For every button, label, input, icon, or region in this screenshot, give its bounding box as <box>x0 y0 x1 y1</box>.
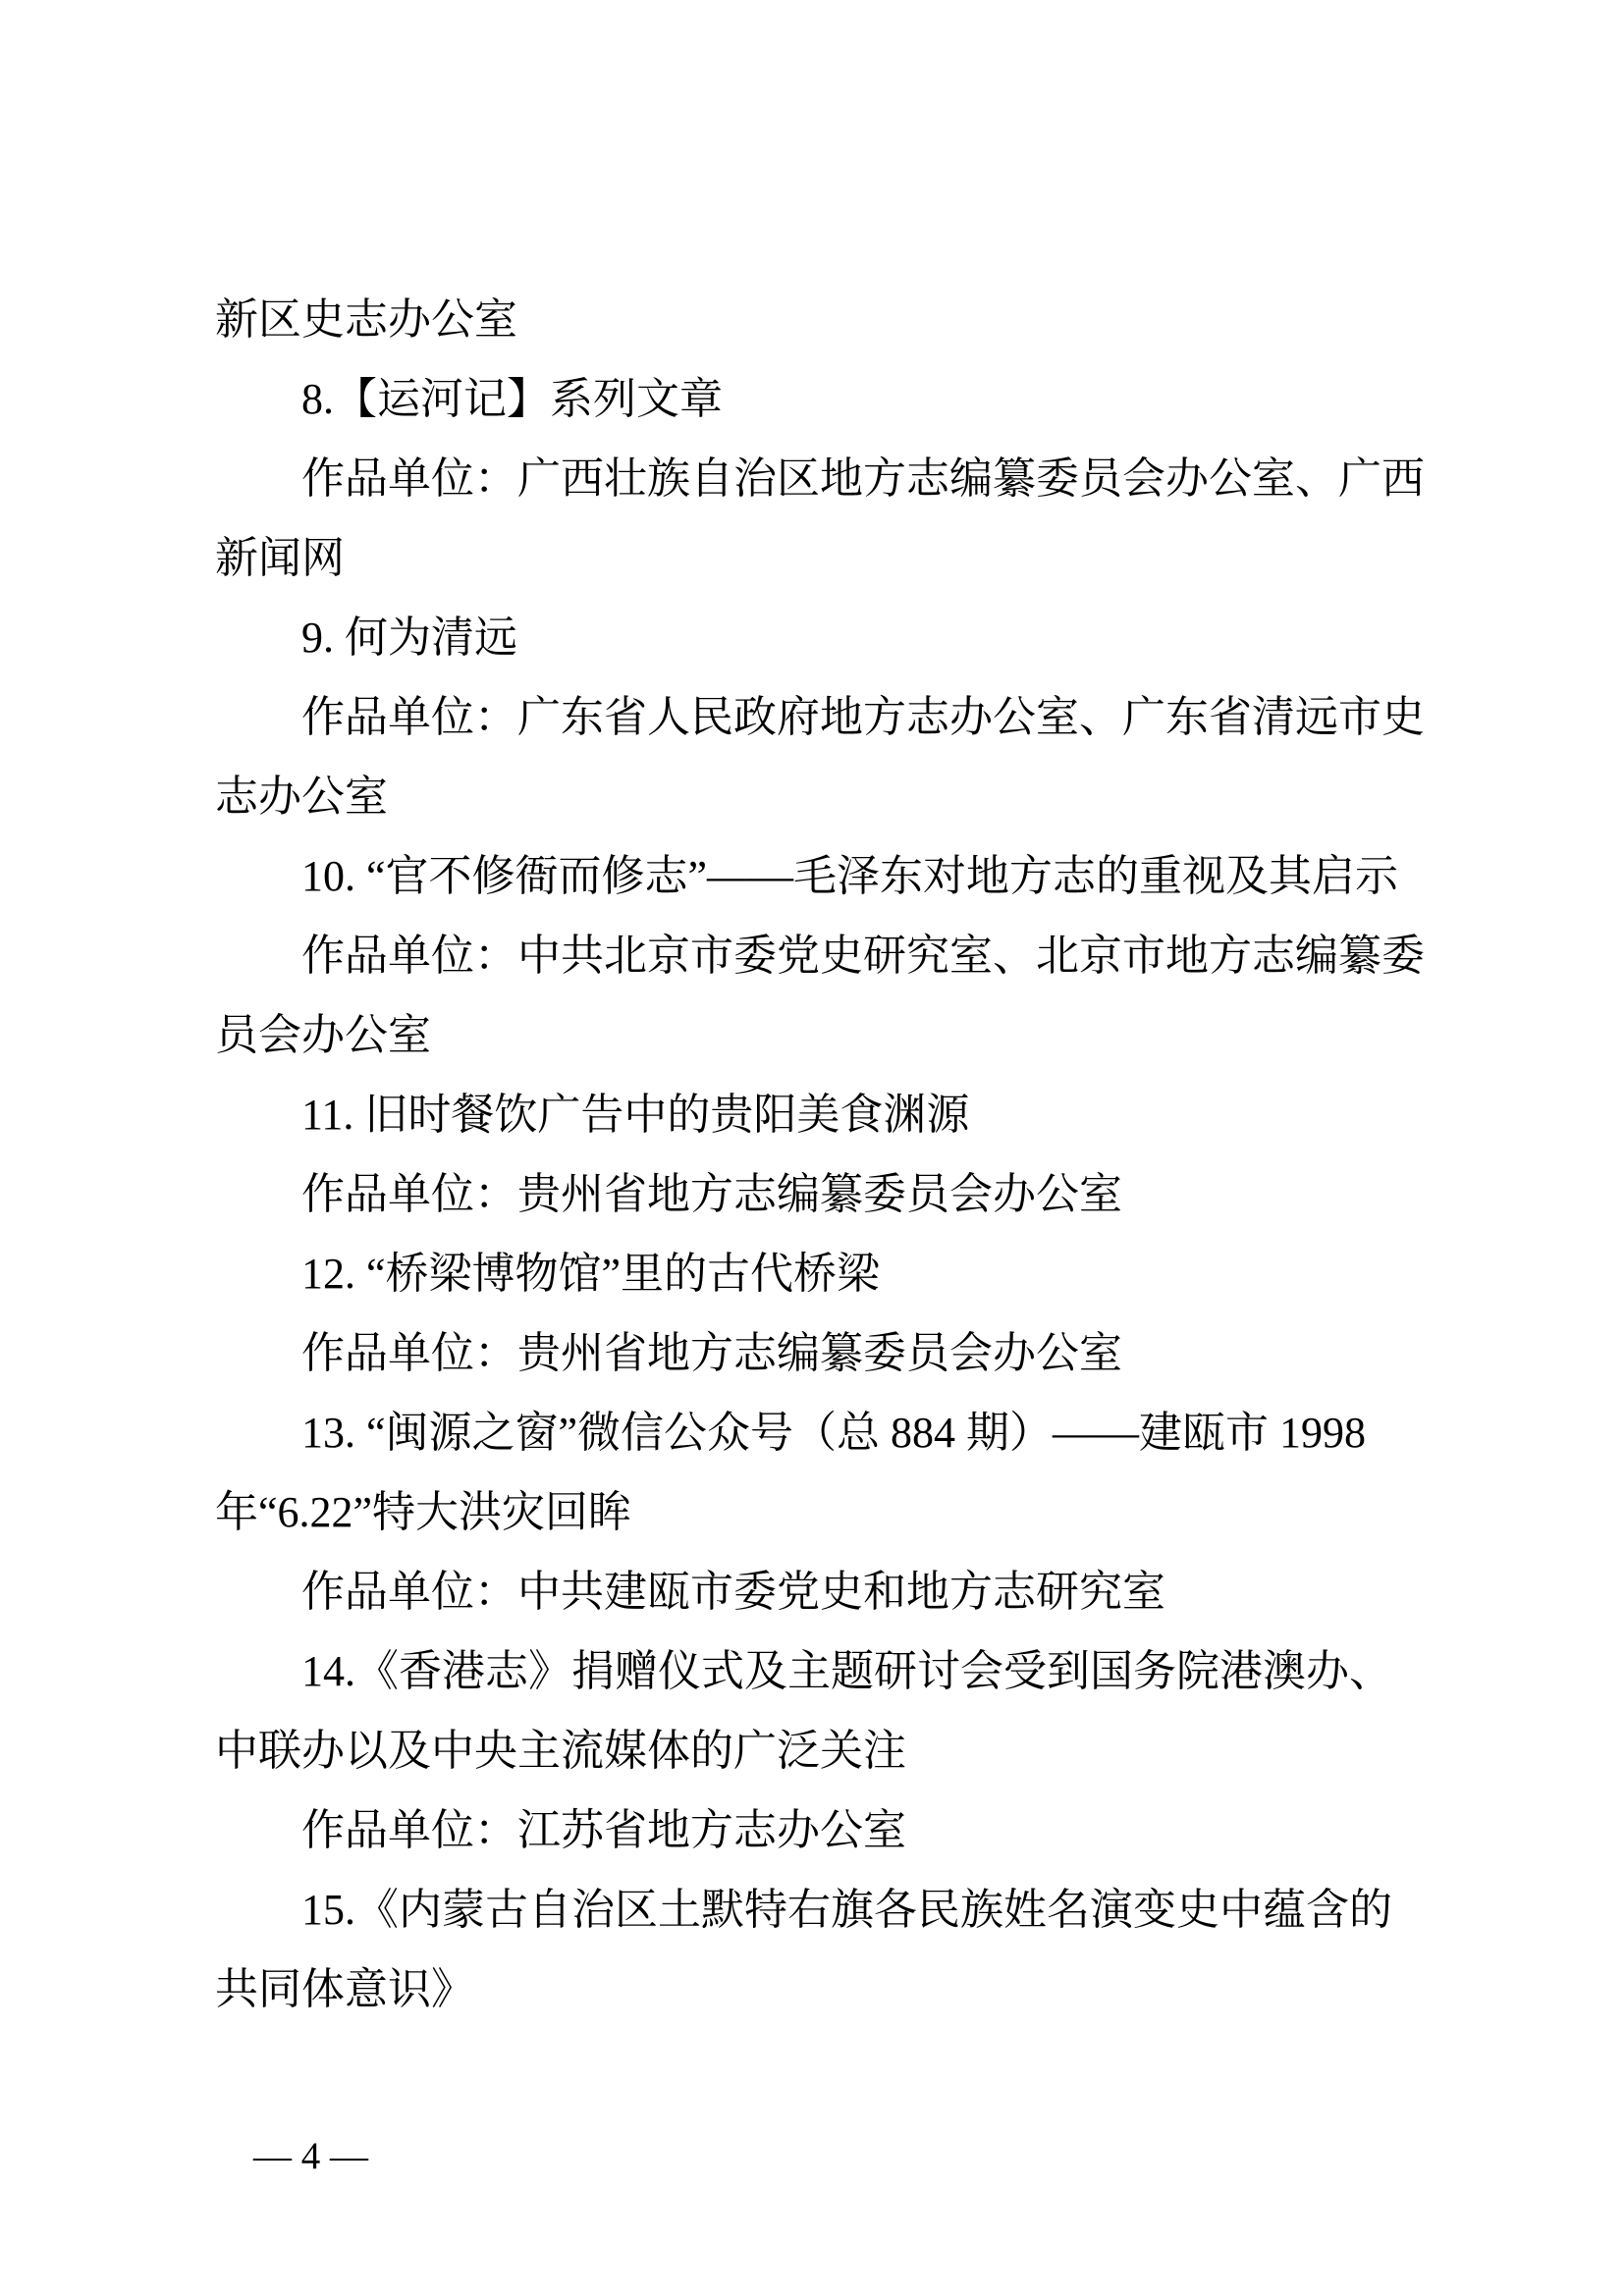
text-line: 作品单位：中共建瓯市委党史和地方志研究室 <box>215 1552 1452 1631</box>
document-page: 新区史志办公室8.【运河记】系列文章作品单位：广西壮族自治区地方志编纂委员会办公… <box>0 0 1624 2296</box>
text-line: 10. “官不修衙而修志”——毛泽东对地方志的重视及其启示 <box>215 836 1452 916</box>
text-line: 13. “闽源之窗”微信公众号（总 884 期）——建瓯市 1998 <box>215 1393 1452 1472</box>
text-line: 作品单位：广西壮族自治区地方志编纂委员会办公室、广西 <box>215 439 1452 518</box>
text-line: 新闻网 <box>215 518 1452 598</box>
text-line: 作品单位：贵州省地方志编纂委员会办公室 <box>215 1313 1452 1393</box>
text-line: 作品单位：贵州省地方志编纂委员会办公室 <box>215 1154 1452 1234</box>
text-line: 作品单位：广东省人民政府地方志办公室、广东省清远市史 <box>215 677 1452 757</box>
text-line: 年“6.22”特大洪灾回眸 <box>215 1472 1452 1552</box>
document-body: 新区史志办公室8.【运河记】系列文章作品单位：广西壮族自治区地方志编纂委员会办公… <box>215 280 1452 2029</box>
text-line: 9. 何为清远 <box>215 598 1452 677</box>
text-line: 8.【运河记】系列文章 <box>215 359 1452 439</box>
text-line: 15.《内蒙古自治区土默特右旗各民族姓名演变史中蕴含的 <box>215 1870 1452 1949</box>
text-line: 作品单位：中共北京市委党史研究室、北京市地方志编纂委 <box>215 916 1452 995</box>
text-line: 新区史志办公室 <box>215 280 1452 359</box>
text-line: 员会办公室 <box>215 995 1452 1075</box>
text-line: 志办公室 <box>215 757 1452 836</box>
text-line: 14.《香港志》捐赠仪式及主题研讨会受到国务院港澳办、 <box>215 1631 1452 1711</box>
text-line: 中联办以及中央主流媒体的广泛关注 <box>215 1711 1452 1790</box>
text-line: 11. 旧时餐饮广告中的贵阳美食渊源 <box>215 1075 1452 1154</box>
page-footer: — 4 — <box>215 2037 368 2116</box>
text-line: 12. “桥梁博物馆”里的古代桥梁 <box>215 1234 1452 1313</box>
text-line: 作品单位：江苏省地方志办公室 <box>215 1790 1452 1870</box>
text-line: 共同体意识》 <box>215 1949 1452 2029</box>
page-number: — 4 — <box>253 2135 368 2177</box>
